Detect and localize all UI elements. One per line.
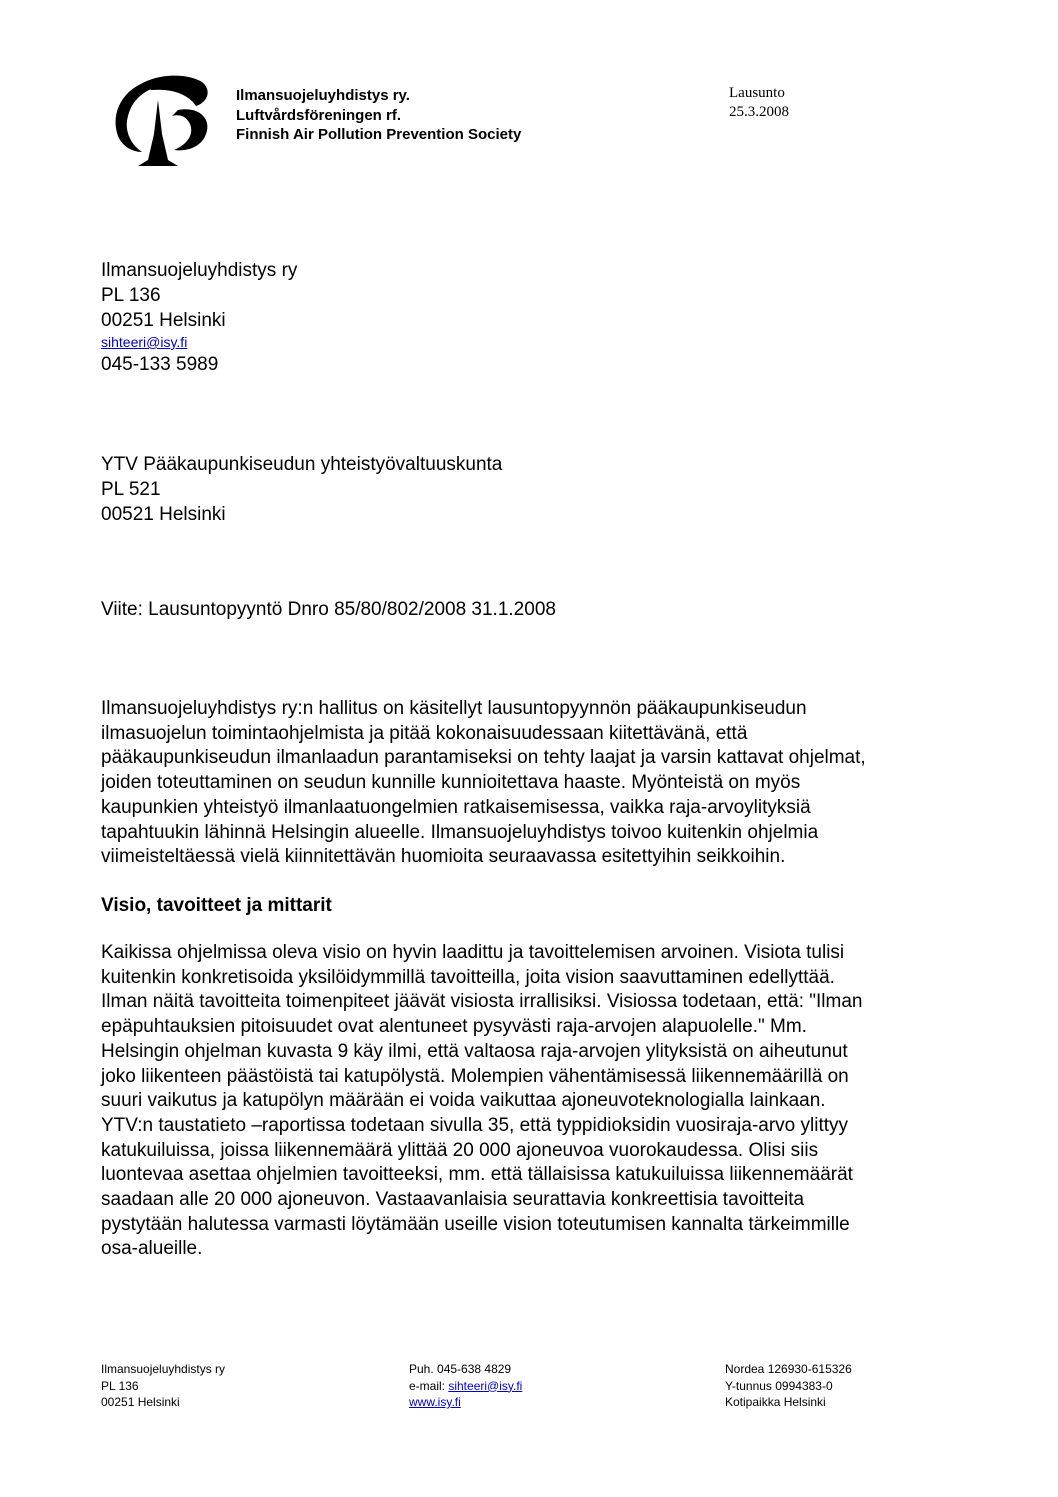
- paragraph-line: osa-alueille.: [101, 1237, 981, 1262]
- section-paragraph: Kaikissa ohjelmissa oleva visio on hyvin…: [101, 941, 981, 1262]
- footer-contact: Puh. 045-638 4829 e-mail: sihteeri@isy.f…: [409, 1361, 522, 1411]
- paragraph-line: luontevaa asettaa ohjelmien tavoitteeksi…: [101, 1163, 981, 1188]
- paragraph-line: Ilmansuojeluyhdistys ry:n hallitus on kä…: [101, 697, 981, 722]
- paragraph-line: saadaan alle 20 000 ajoneuvon. Vastaavan…: [101, 1188, 981, 1213]
- footer-phone: Puh. 045-638 4829: [409, 1361, 522, 1378]
- sender-phone: 045-133 5989: [101, 352, 297, 377]
- paragraph-line: Kaikissa ohjelmissa oleva visio on hyvin…: [101, 941, 981, 966]
- footer-website-link[interactable]: www.isy.fi: [409, 1395, 461, 1409]
- sender-email-link[interactable]: sihteeri@isy.fi: [101, 333, 297, 352]
- footer-bank-account: Nordea 126930-615326: [725, 1361, 852, 1378]
- paragraph-line: tapahtuukin lähinnä Helsingin alueelle. …: [101, 821, 981, 846]
- footer-bank-info: Nordea 126930-615326 Y-tunnus 0994383-0 …: [725, 1361, 852, 1411]
- paragraph-line: epäpuhtauksien pitoisuudet ovat alentune…: [101, 1015, 981, 1040]
- footer-po-box: PL 136: [101, 1378, 225, 1395]
- footer-email-row: e-mail: sihteeri@isy.fi: [409, 1378, 522, 1395]
- sender-postal: 00251 Helsinki: [101, 308, 297, 333]
- footer-email-label: e-mail:: [409, 1379, 448, 1393]
- paragraph-line: Ilman näitä tavoitteita toimenpiteet jää…: [101, 990, 981, 1015]
- paragraph-line: pystytään halutessa varmasti löytämään u…: [101, 1213, 981, 1238]
- footer-org-name: Ilmansuojeluyhdistys ry: [101, 1361, 225, 1378]
- paragraph-line: joiden toteuttaminen on seudun kunnille …: [101, 771, 981, 796]
- society-logo-icon: [108, 74, 216, 166]
- recipient-postal: 00521 Helsinki: [101, 502, 502, 527]
- intro-paragraph: Ilmansuojeluyhdistys ry:n hallitus on kä…: [101, 697, 981, 870]
- paragraph-line: pääkaupunkiseudun ilmanlaadun parantamis…: [101, 746, 981, 771]
- org-name-sv: Luftvårdsföreningen rf.: [236, 106, 521, 126]
- org-name-fi: Ilmansuojeluyhdistys ry.: [236, 86, 521, 106]
- paragraph-line: kuitenkin konkretisoida yksilöidymmillä …: [101, 966, 981, 991]
- organization-names: Ilmansuojeluyhdistys ry. Luftvårdsföreni…: [236, 86, 521, 145]
- footer-address: Ilmansuojeluyhdistys ry PL 136 00251 Hel…: [101, 1361, 225, 1411]
- sender-name: Ilmansuojeluyhdistys ry: [101, 258, 297, 283]
- paragraph-line: YTV:n taustatieto –raportissa todetaan s…: [101, 1114, 981, 1139]
- document-date: 25.3.2008: [729, 103, 789, 122]
- paragraph-line: ilmasuojelun toimintaohjelmista ja pitää…: [101, 722, 981, 747]
- paragraph-line: katukuiluissa, joissa liikennemäärä ylit…: [101, 1139, 981, 1164]
- document-type: Lausunto: [729, 84, 789, 103]
- document-meta: Lausunto 25.3.2008: [729, 84, 789, 122]
- footer-domicile: Kotipaikka Helsinki: [725, 1394, 852, 1411]
- org-name-en: Finnish Air Pollution Prevention Society: [236, 125, 521, 145]
- section-heading: Visio, tavoitteet ja mittarit: [101, 893, 332, 918]
- sender-address: Ilmansuojeluyhdistys ry PL 136 00251 Hel…: [101, 258, 297, 377]
- recipient-po-box: PL 521: [101, 477, 502, 502]
- footer-email-link[interactable]: sihteeri@isy.fi: [448, 1379, 522, 1393]
- sender-po-box: PL 136: [101, 283, 297, 308]
- paragraph-line: suuri vaikutus ja katupölyn määrään ei v…: [101, 1089, 981, 1114]
- footer-postal: 00251 Helsinki: [101, 1394, 225, 1411]
- footer-business-id: Y-tunnus 0994383-0: [725, 1378, 852, 1395]
- recipient-name: YTV Pääkaupunkiseudun yhteistyövaltuusku…: [101, 452, 502, 477]
- paragraph-line: Helsingin ohjelman kuvasta 9 käy ilmi, e…: [101, 1040, 981, 1065]
- paragraph-line: joko liikenteen päästöistä tai katupölys…: [101, 1065, 981, 1090]
- paragraph-line: viimeisteltäessä vielä kiinnitettävän hu…: [101, 845, 981, 870]
- reference-line: Viite: Lausuntopyyntö Dnro 85/80/802/200…: [101, 597, 556, 622]
- paragraph-line: kaupunkien yhteistyö ilmanlaatuongelmien…: [101, 796, 981, 821]
- recipient-address: YTV Pääkaupunkiseudun yhteistyövaltuusku…: [101, 452, 502, 527]
